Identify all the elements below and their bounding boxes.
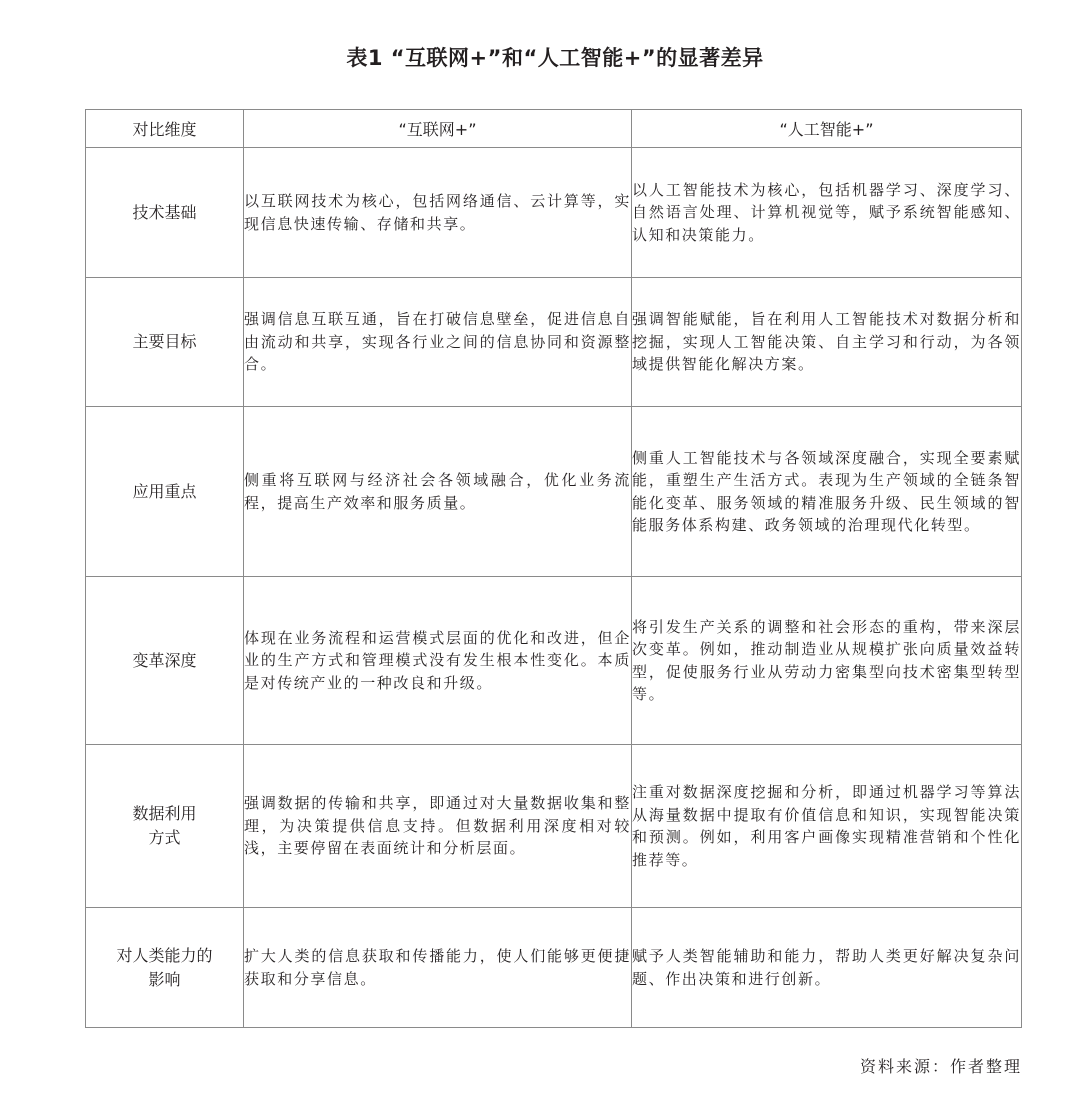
comparison-table: 对比维度 “互联网+” “人工智能+” 技术基础 以互联网技术为核心，包括网络通… — [85, 109, 1022, 1028]
row-ai-plus: 强调智能赋能，旨在利用人工智能技术对数据分析和挖掘，实现人工智能决策、自主学习和… — [632, 278, 1022, 407]
table-row: 技术基础 以互联网技术为核心，包括网络通信、云计算等，实现信息快速传输、存储和共… — [86, 148, 1022, 278]
row-ai-plus: 注重对数据深度挖掘和分析，即通过机器学习等算法从海量数据中提取有价值信息和知识，… — [632, 745, 1022, 908]
table-header-row: 对比维度 “互联网+” “人工智能+” — [86, 110, 1022, 148]
source-note: 资料来源：作者整理 — [860, 1054, 1022, 1077]
row-ai-plus: 将引发生产关系的调整和社会形态的重构，带来深层次变革。例如，推动制造业从规模扩张… — [632, 577, 1022, 745]
row-dimension-line: 影响 — [86, 968, 243, 992]
row-internet-plus: 侧重将互联网与经济社会各领域融合，优化业务流程，提高生产效率和服务质量。 — [244, 407, 632, 577]
row-dimension: 应用重点 — [86, 407, 244, 577]
row-internet-plus: 强调信息互联互通，旨在打破信息壁垒，促进信息自由流动和共享，实现各行业之间的信息… — [244, 278, 632, 407]
row-dimension: 数据利用 方式 — [86, 745, 244, 908]
row-dimension: 主要目标 — [86, 278, 244, 407]
row-dimension: 技术基础 — [86, 148, 244, 278]
table-row: 数据利用 方式 强调数据的传输和共享，即通过对大量数据收集和整理，为决策提供信息… — [86, 745, 1022, 908]
row-ai-plus: 侧重人工智能技术与各领域深度融合，实现全要素赋能，重塑生产生活方式。表现为生产领… — [632, 407, 1022, 577]
row-dimension-line: 方式 — [86, 826, 243, 850]
header-ai-plus: “人工智能+” — [632, 110, 1022, 148]
row-dimension: 对人类能力的 影响 — [86, 908, 244, 1028]
row-dimension-line: 对人类能力的 — [86, 944, 243, 968]
row-dimension-line: 数据利用 — [86, 802, 243, 826]
row-ai-plus: 赋予人类智能辅助和能力，帮助人类更好解决复杂问题、作出决策和进行创新。 — [632, 908, 1022, 1028]
table-title: 表1 “互联网+”和“人工智能+”的显著差异 — [0, 42, 1080, 72]
row-dimension: 变革深度 — [86, 577, 244, 745]
table-row: 应用重点 侧重将互联网与经济社会各领域融合，优化业务流程，提高生产效率和服务质量… — [86, 407, 1022, 577]
table-row: 主要目标 强调信息互联互通，旨在打破信息壁垒，促进信息自由流动和共享，实现各行业… — [86, 278, 1022, 407]
row-internet-plus: 强调数据的传输和共享，即通过对大量数据收集和整理，为决策提供信息支持。但数据利用… — [244, 745, 632, 908]
table-row: 对人类能力的 影响 扩大人类的信息获取和传播能力，使人们能够更便捷获取和分享信息… — [86, 908, 1022, 1028]
row-internet-plus: 体现在业务流程和运营模式层面的优化和改进，但企业的生产方式和管理模式没有发生根本… — [244, 577, 632, 745]
row-internet-plus: 扩大人类的信息获取和传播能力，使人们能够更便捷获取和分享信息。 — [244, 908, 632, 1028]
header-dimension: 对比维度 — [86, 110, 244, 148]
row-internet-plus: 以互联网技术为核心，包括网络通信、云计算等，实现信息快速传输、存储和共享。 — [244, 148, 632, 278]
table-row: 变革深度 体现在业务流程和运营模式层面的优化和改进，但企业的生产方式和管理模式没… — [86, 577, 1022, 745]
row-ai-plus: 以人工智能技术为核心，包括机器学习、深度学习、自然语言处理、计算机视觉等，赋予系… — [632, 148, 1022, 278]
header-internet-plus: “互联网+” — [244, 110, 632, 148]
